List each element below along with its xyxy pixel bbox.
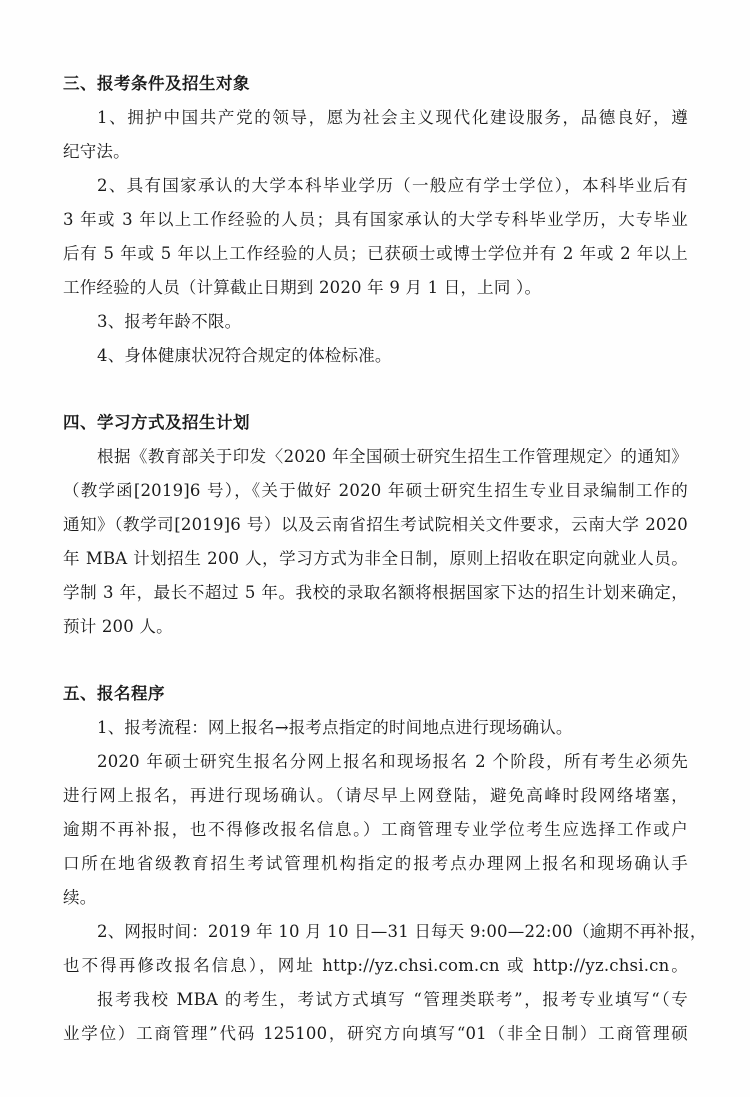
paragraph-line: 通知》（教学司[2019]6 号）以及云南省招生考试院相关文件要求，云南大学 2… xyxy=(63,515,688,535)
paragraph-line: 纪守法。 xyxy=(63,142,688,162)
paragraph-line: 年 MBA 计划招生 200 人，学习方式为非全日制，原则上招收在职定向就业人员… xyxy=(63,549,688,569)
paragraph-line: 根据《教育部关于印发〈2020 年全国硕士研究生招生工作管理规定〉的通知》 xyxy=(97,447,688,467)
paragraph-line: 学制 3 年，最长不超过 5 年。我校的录取名额将根据国家下达的招生计划来确定， xyxy=(63,583,688,603)
paragraph-line: 2020 年硕士研究生报名分网上报名和现场报名 2 个阶段，所有考生必须先 xyxy=(97,752,688,772)
paragraph-line: 进行网上报名，再进行现场确认。（请尽早上网登陆，避免高峰时段网络堵塞， xyxy=(63,786,688,806)
paragraph-line: 4、身体健康状况符合规定的体检标准。 xyxy=(97,346,688,366)
paragraph-line: 口所在地省级教育招生考试管理机构指定的报考点办理网上报名和现场确认手 xyxy=(63,854,688,874)
section-heading-4: 四、学习方式及招生计划 xyxy=(63,413,688,433)
paragraph-line: 工作经验的人员（计算截止日期到 2020 年 9 月 1 日，上同 ）。 xyxy=(63,278,688,298)
paragraph-line: 1、拥护中国共产党的领导，愿为社会主义现代化建设服务，品德良好，遵 xyxy=(97,108,688,128)
paragraph-line: 3 年或 3 年以上工作经验的人员；具有国家承认的大学专科毕业学历，大专毕业 xyxy=(63,210,688,230)
paragraph-line: 预计 200 人。 xyxy=(63,617,688,637)
document-page: 三、报考条件及招生对象 1、拥护中国共产党的领导，愿为社会主义现代化建设服务，品… xyxy=(0,0,750,1097)
paragraph-line: 逾期不再补报，也不得修改报名信息。）工商管理专业学位考生应选择工作或户 xyxy=(63,820,688,840)
paragraph-line: 报考我校 MBA 的考生，考试方式填写 “管理类联考”，报考专业填写“（专 xyxy=(97,990,688,1010)
paragraph-line: 1、报考流程：网上报名→报考点指定的时间地点进行现场确认。 xyxy=(97,718,688,738)
paragraph-line: 续。 xyxy=(63,888,688,908)
paragraph-line: （教学函[2019]6 号），《关于做好 2020 年硕士研究生招生专业目录编制… xyxy=(63,481,688,501)
paragraph-line: 业学位）工商管理”代码 125100，研究方向填写“01（非全日制）工商管理硕 xyxy=(63,1024,688,1044)
paragraph-line: 2、具有国家承认的大学本科毕业学历（一般应有学士学位），本科毕业后有 xyxy=(97,176,688,196)
paragraph-line: 3、报考年龄不限。 xyxy=(97,312,688,332)
paragraph-line: 也不得再修改报名信息），网址 http://yz.chsi.com.cn 或 h… xyxy=(63,956,688,976)
section-heading-3: 三、报考条件及招生对象 xyxy=(63,74,688,94)
section-heading-5: 五、报名程序 xyxy=(63,684,688,704)
paragraph-line: 2、网报时间：2019 年 10 月 10 日—31 日每天 9:00—22:0… xyxy=(97,922,688,942)
paragraph-line: 后有 5 年或 5 年以上工作经验的人员；已获硕士或博士学位并有 2 年或 2 … xyxy=(63,244,688,264)
